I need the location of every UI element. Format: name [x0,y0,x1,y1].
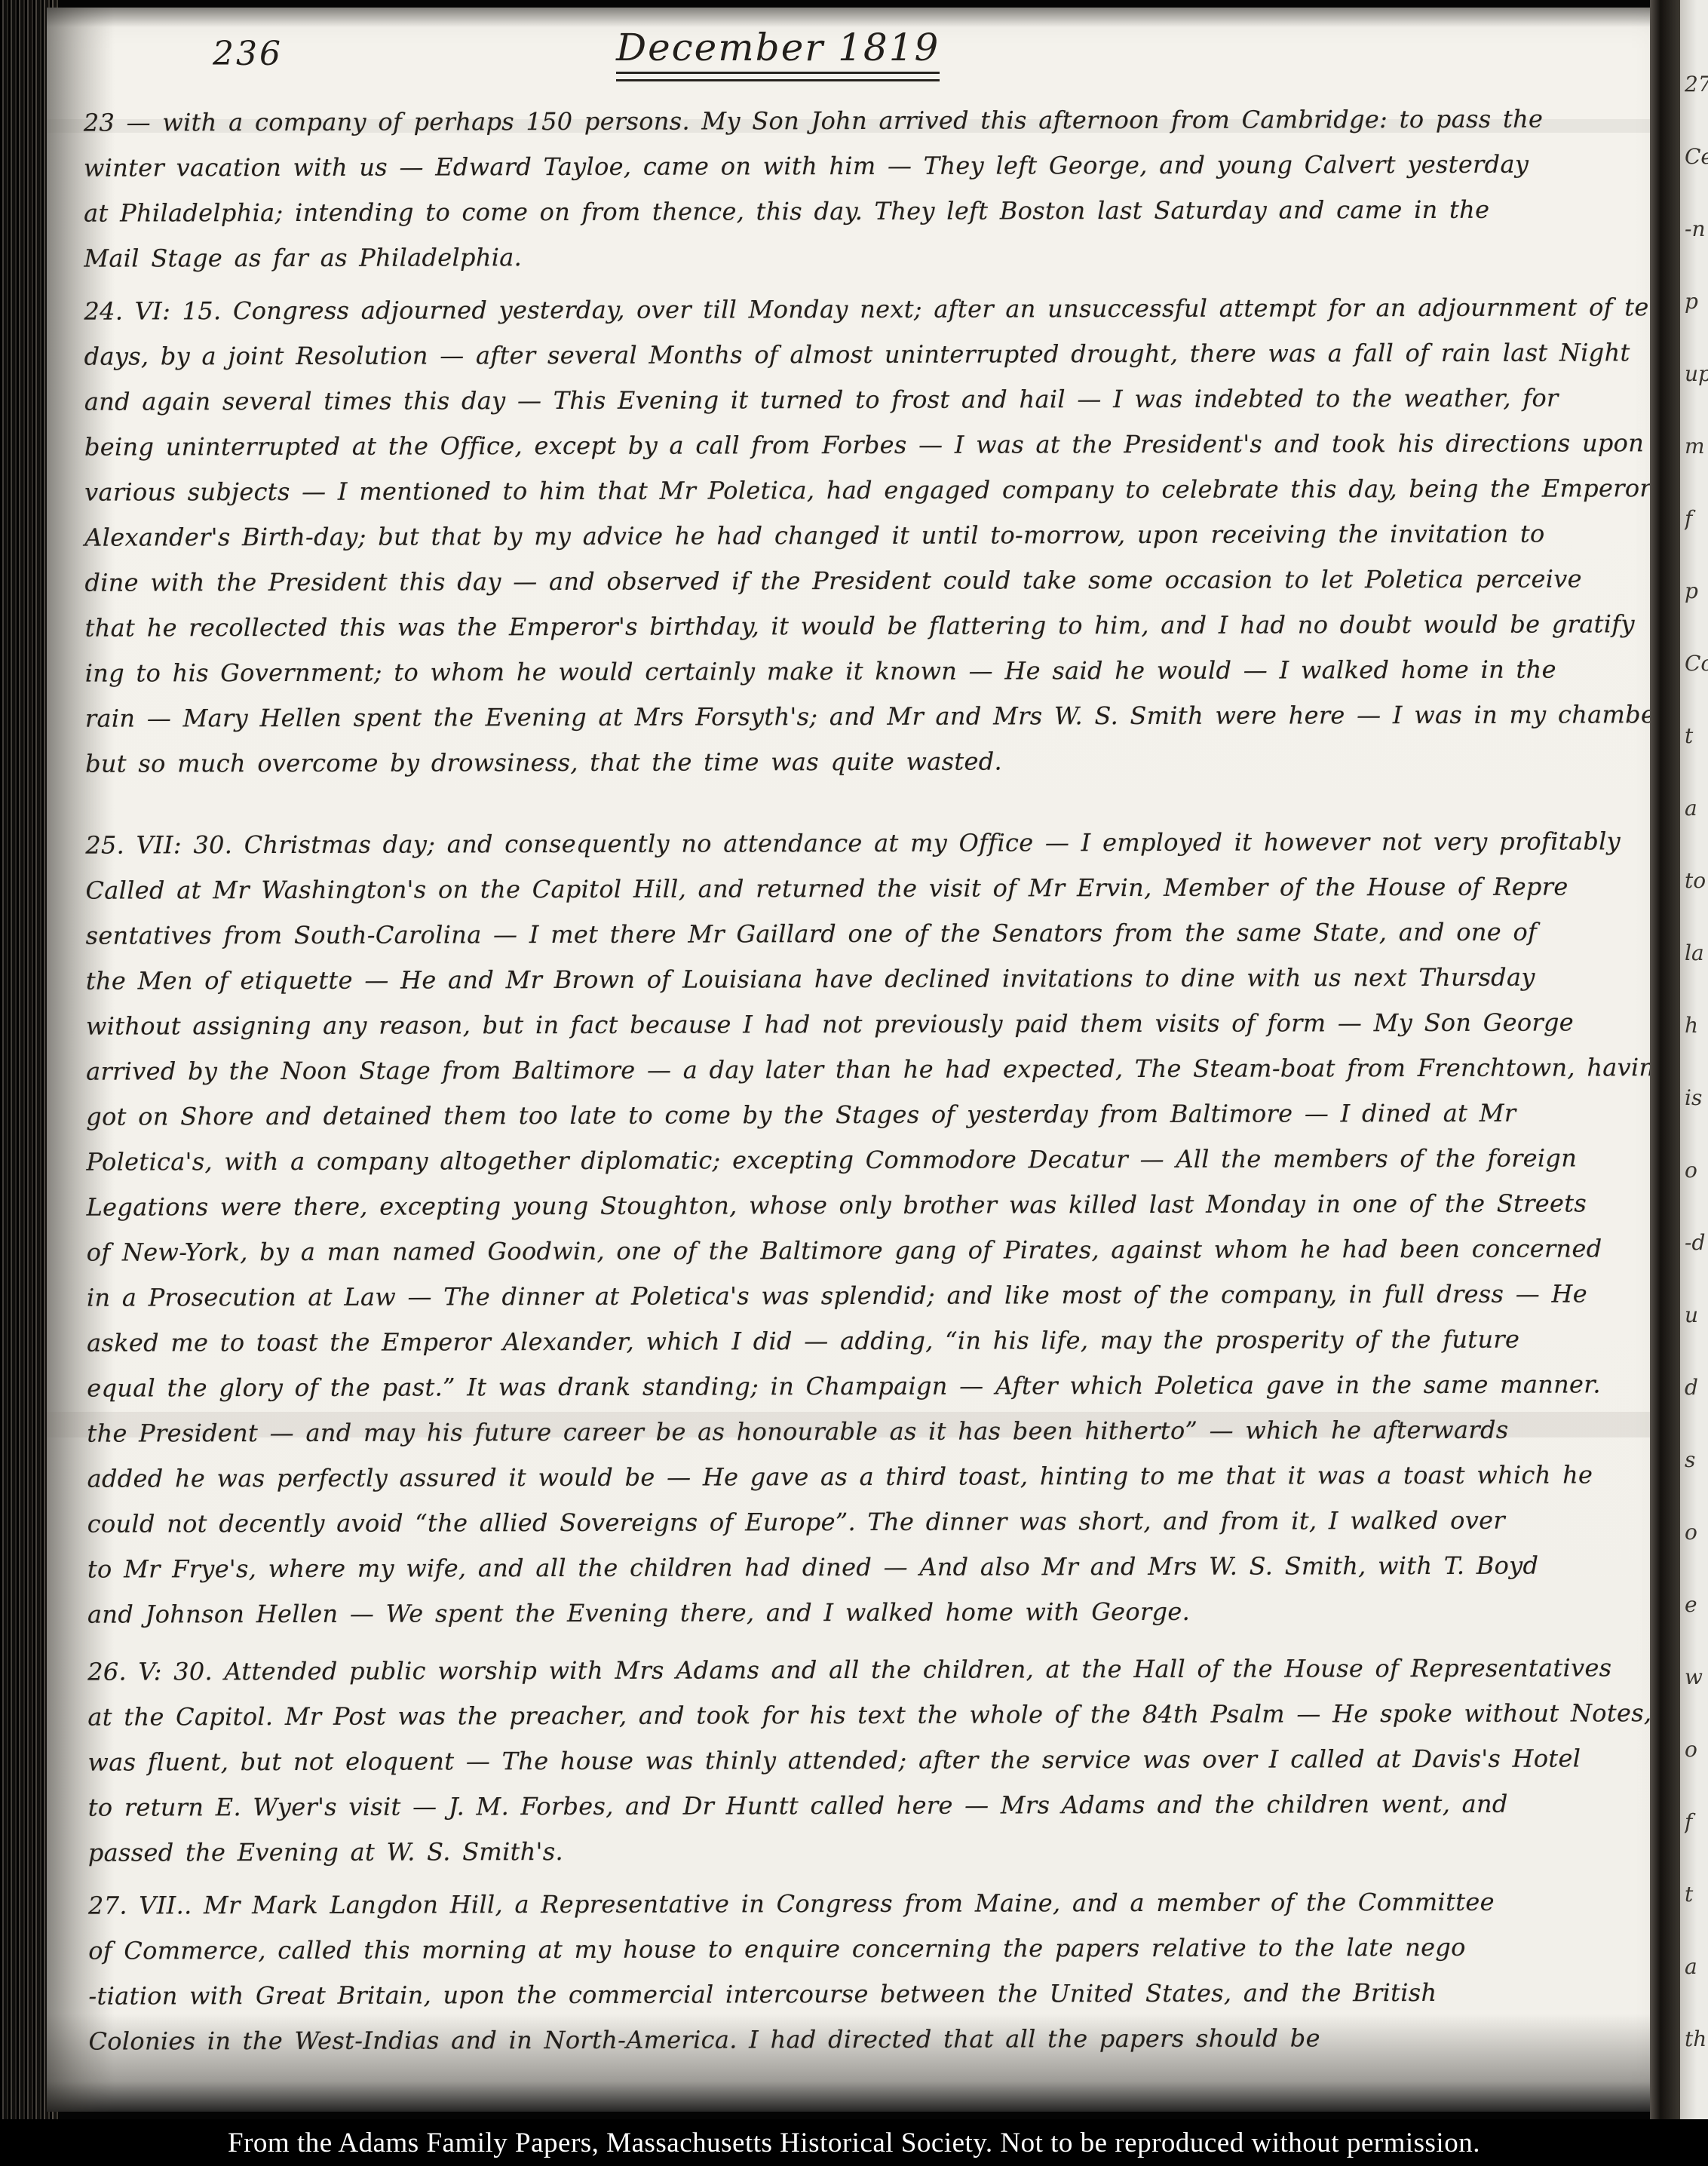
text-fragment: up [1685,338,1708,410]
manuscript-line: Alexander's Birth-day; but that by my ad… [84,511,1623,560]
manuscript-line: Legations were there, excepting young St… [87,1180,1625,1229]
text-fragment: o [1685,1713,1708,1786]
text-fragment: s [1685,1424,1708,1496]
text-fragment: -n [1685,193,1708,265]
text-fragment: 27 [1685,48,1708,121]
manuscript-line: equal the glory of the past.” It was dra… [87,1361,1625,1410]
manuscript-line: was fluent, but not eloquent — The house… [87,1735,1626,1784]
text-fragment: a [1685,1931,1708,2003]
manuscript-line: ing to his Government; to whom he would … [85,646,1624,695]
scanned-diary-photo: 236 December 1819 23 — with a company of… [0,0,1708,2166]
manuscript-line: at the Capitol. Mr Post was the preacher… [87,1690,1626,1739]
text-fragment: p [1685,555,1708,627]
manuscript-line: asked me to toast the Emperor Alexander,… [87,1316,1625,1365]
text-fragment: Co [1685,627,1708,700]
manuscript-line: 25. VII: 30. Christmas day; and conseque… [85,818,1624,867]
manuscript-line: 27. VII.. Mr Mark Langdon Hill, a Repres… [88,1879,1627,1928]
manuscript-line: 23 — with a company of perhaps 150 perso… [84,96,1622,145]
text-fragment: -d [1685,1207,1708,1279]
text-fragment: a [1685,772,1708,845]
manuscript-line: -tiation with Great Britain, upon the co… [88,1969,1627,2018]
manuscript-line: winter vacation with us — Edward Tayloe,… [84,141,1622,190]
manuscript-line: being uninterrupted at the Office, excep… [84,420,1623,469]
text-fragment: o [1685,1496,1708,1569]
manuscript-line: but so much overcome by drowsiness, that… [85,737,1624,786]
manuscript-line: passed the Evening at W. S. Smith's. [88,1826,1627,1875]
diary-entry-dec-25: 25. VII: 30. Christmas day; and conseque… [85,818,1626,1637]
manuscript-line: 26. V: 30. Attended public worship with … [87,1645,1626,1694]
manuscript-line: of Commerce, called this morning at my h… [88,1924,1627,1973]
text-fragment: la [1685,917,1708,989]
text-fragment: p [1685,265,1708,338]
text-fragment: t [1685,700,1708,772]
next-page-text-fragments: 27Ce-npupmfpCotatolahiso-dudsoewoftath [1685,48,1708,2075]
manuscript-line: dine with the President this day — and o… [84,556,1623,605]
manuscript-page: 236 December 1819 23 — with a company of… [47,8,1650,2112]
diary-entry-dec-24: 24. VI: 15. Congress adjourned yesterday… [84,284,1624,786]
manuscript-line: of New-York, by a man named Goodwin, one… [87,1226,1625,1275]
text-fragment: u [1685,1279,1708,1351]
text-fragment: o [1685,1134,1708,1207]
diary-entries: 23 — with a company of perhaps 150 perso… [83,5,1627,2063]
text-fragment: w [1685,1641,1708,1713]
page-gutter-shadow [1650,0,1680,2119]
text-fragment: d [1685,1351,1708,1424]
diary-entry-dec-27: 27. VII.. Mr Mark Langdon Hill, a Repres… [88,1879,1627,2063]
manuscript-line: Poletica's, with a company altogether di… [86,1135,1624,1184]
manuscript-line: that he recollected this was the Emperor… [85,601,1624,650]
manuscript-line: Called at Mr Washington's on the Capitol… [85,864,1624,913]
manuscript-line: sentatives from South-Carolina — I met t… [86,909,1624,958]
manuscript-line: Colonies in the West-Indias and in North… [88,2014,1627,2063]
manuscript-line: rain — Mary Hellen spent the Evening at … [85,692,1624,741]
text-fragment: e [1685,1569,1708,1641]
manuscript-line: got on Shore and detained them too late … [86,1090,1624,1139]
text-fragment: th [1685,2003,1708,2075]
manuscript-line: in a Prosecution at Law — The dinner at … [87,1271,1625,1320]
manuscript-line: and Johnson Hellen — We spent the Evenin… [87,1588,1626,1637]
caption-bar: From the Adams Family Papers, Massachuse… [0,2119,1708,2166]
manuscript-line: 24. VI: 15. Congress adjourned yesterday… [84,284,1622,333]
manuscript-line: the Men of etiquette — He and Mr Brown o… [86,954,1624,1003]
manuscript-line: arrived by the Noon Stage from Baltimore… [86,1045,1624,1094]
text-fragment: f [1685,1786,1708,1858]
text-fragment: h [1685,989,1708,1062]
text-fragment: t [1685,1858,1708,1931]
text-fragment: f [1685,483,1708,555]
diary-entry-dec-26: 26. V: 30. Attended public worship with … [87,1645,1627,1875]
manuscript-line: the President — and may his future caree… [87,1407,1625,1456]
manuscript-line: at Philadelphia; intending to come on fr… [84,186,1622,235]
manuscript-line: added he was perfectly assured it would … [87,1452,1625,1501]
manuscript-line: and again several times this day — This … [84,375,1623,424]
manuscript-line: could not decently avoid “the allied Sov… [87,1497,1626,1546]
diary-entry-dec-23: 23 — with a company of perhaps 150 perso… [84,96,1623,281]
manuscript-line: Mail Stage as far as Philadelphia. [84,232,1622,281]
manuscript-line: without assigning any reason, but in fac… [86,999,1624,1048]
next-page-sliver: 27Ce-npupmfpCotatolahiso-dudsoewoftath [1680,0,1708,2119]
manuscript-line: to return E. Wyer's visit — J. M. Forbes… [88,1781,1627,1830]
manuscript-line: various subjects — I mentioned to him th… [84,465,1623,514]
manuscript-line: days, by a joint Resolution — after seve… [84,330,1623,379]
text-fragment: is [1685,1062,1708,1134]
text-fragment: to [1685,845,1708,917]
manuscript-line: to Mr Frye's, where my wife, and all the… [87,1542,1626,1591]
text-fragment: Ce [1685,121,1708,193]
text-fragment: m [1685,410,1708,483]
caption-text: From the Adams Family Papers, Massachuse… [228,2127,1480,2159]
